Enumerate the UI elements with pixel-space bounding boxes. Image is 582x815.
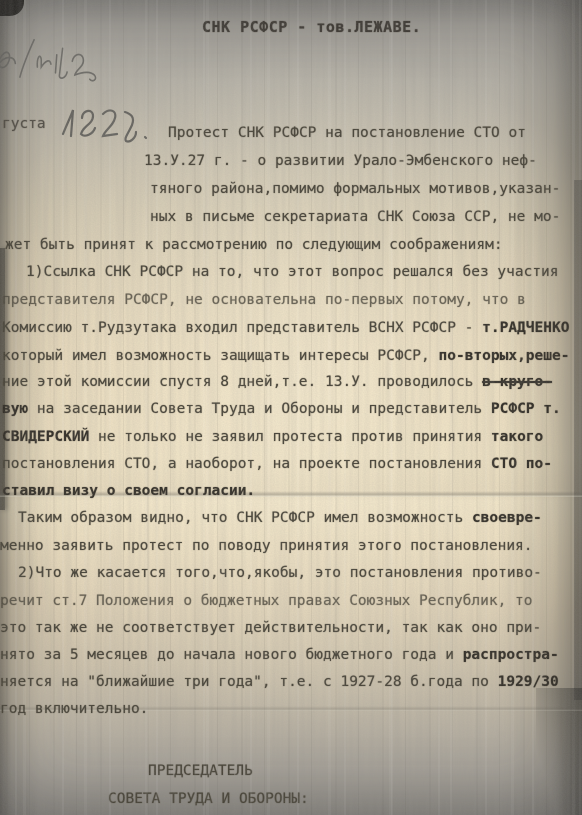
typewritten-line: 2)Что же касается того,что,якобы, это по… [18,564,542,582]
typewritten-line: 1)Ссылка СНК РСФСР на то, что этот вопро… [26,263,559,281]
typewritten-line: год включительно. [0,700,148,718]
typewritten-line: ных в письме секретариата СНК Союза ССР,… [150,208,560,226]
document-photo: СНК РСФСР - тов.ЛЕЖАВЕ. густа Протест СН… [0,0,582,815]
typewritten-line: который имел возможность защищать интере… [2,347,569,365]
signature-organization: СОВЕТА ТРУДА И ОБОРОНЫ: [108,790,309,808]
typewritten-line: тяного района,помимо формальных мотивов,… [150,180,560,198]
typewritten-line: ние этой комиссии спустя 8 дней,т.е. 13.… [2,373,552,391]
typewritten-line: СВИДЕРСКИЙ не только не заявил протеста … [2,428,543,446]
typewritten-line: представителя РСФСР, не основательна по-… [2,291,526,309]
typewritten-line: менно заявить протест по поводу принятия… [0,537,533,555]
document-recipient-line: СНК РСФСР - тов.ЛЕЖАВЕ. [202,20,421,35]
typewritten-line: Таким образом видно, что СНК РСФСР имел … [18,509,542,527]
corner-dark-mark [0,0,24,16]
signature-title: ПРЕДСЕДАТЕЛЬ [148,762,253,780]
typewritten-line: вую на заседании Совета Труда и Обороны … [2,400,561,418]
typewritten-line: 13.У.27 г. - о развитии Урало-Эмбенского… [144,152,537,170]
date-fragment: густа [2,116,46,132]
typewritten-line: Протест СНК РСФСР на постановление СТО о… [168,124,526,142]
typewritten-line: это так же не соответствует действительн… [0,619,541,637]
right-edge-shadow [574,180,582,700]
typewritten-line: нято за 5 месяцев до начала нового бюдже… [0,646,559,664]
typewritten-line: жет быть принят к рассмотрению по следую… [5,236,503,254]
handwritten-year [55,104,155,144]
handwritten-registry-number [0,34,104,90]
typewritten-line: речит ст.7 Положения о бюджетных правах … [0,592,533,610]
typewritten-line: Комиссию т.Рудзутака входил представител… [2,319,569,337]
typewritten-line: няется на "ближайшие три года", т.е. с 1… [0,673,559,691]
typewritten-line: ставил визу о своем согласии. [2,482,255,500]
bottom-right-shadow [536,688,582,815]
typewritten-line: постановления СТО, а наоборот, на проект… [2,455,552,473]
